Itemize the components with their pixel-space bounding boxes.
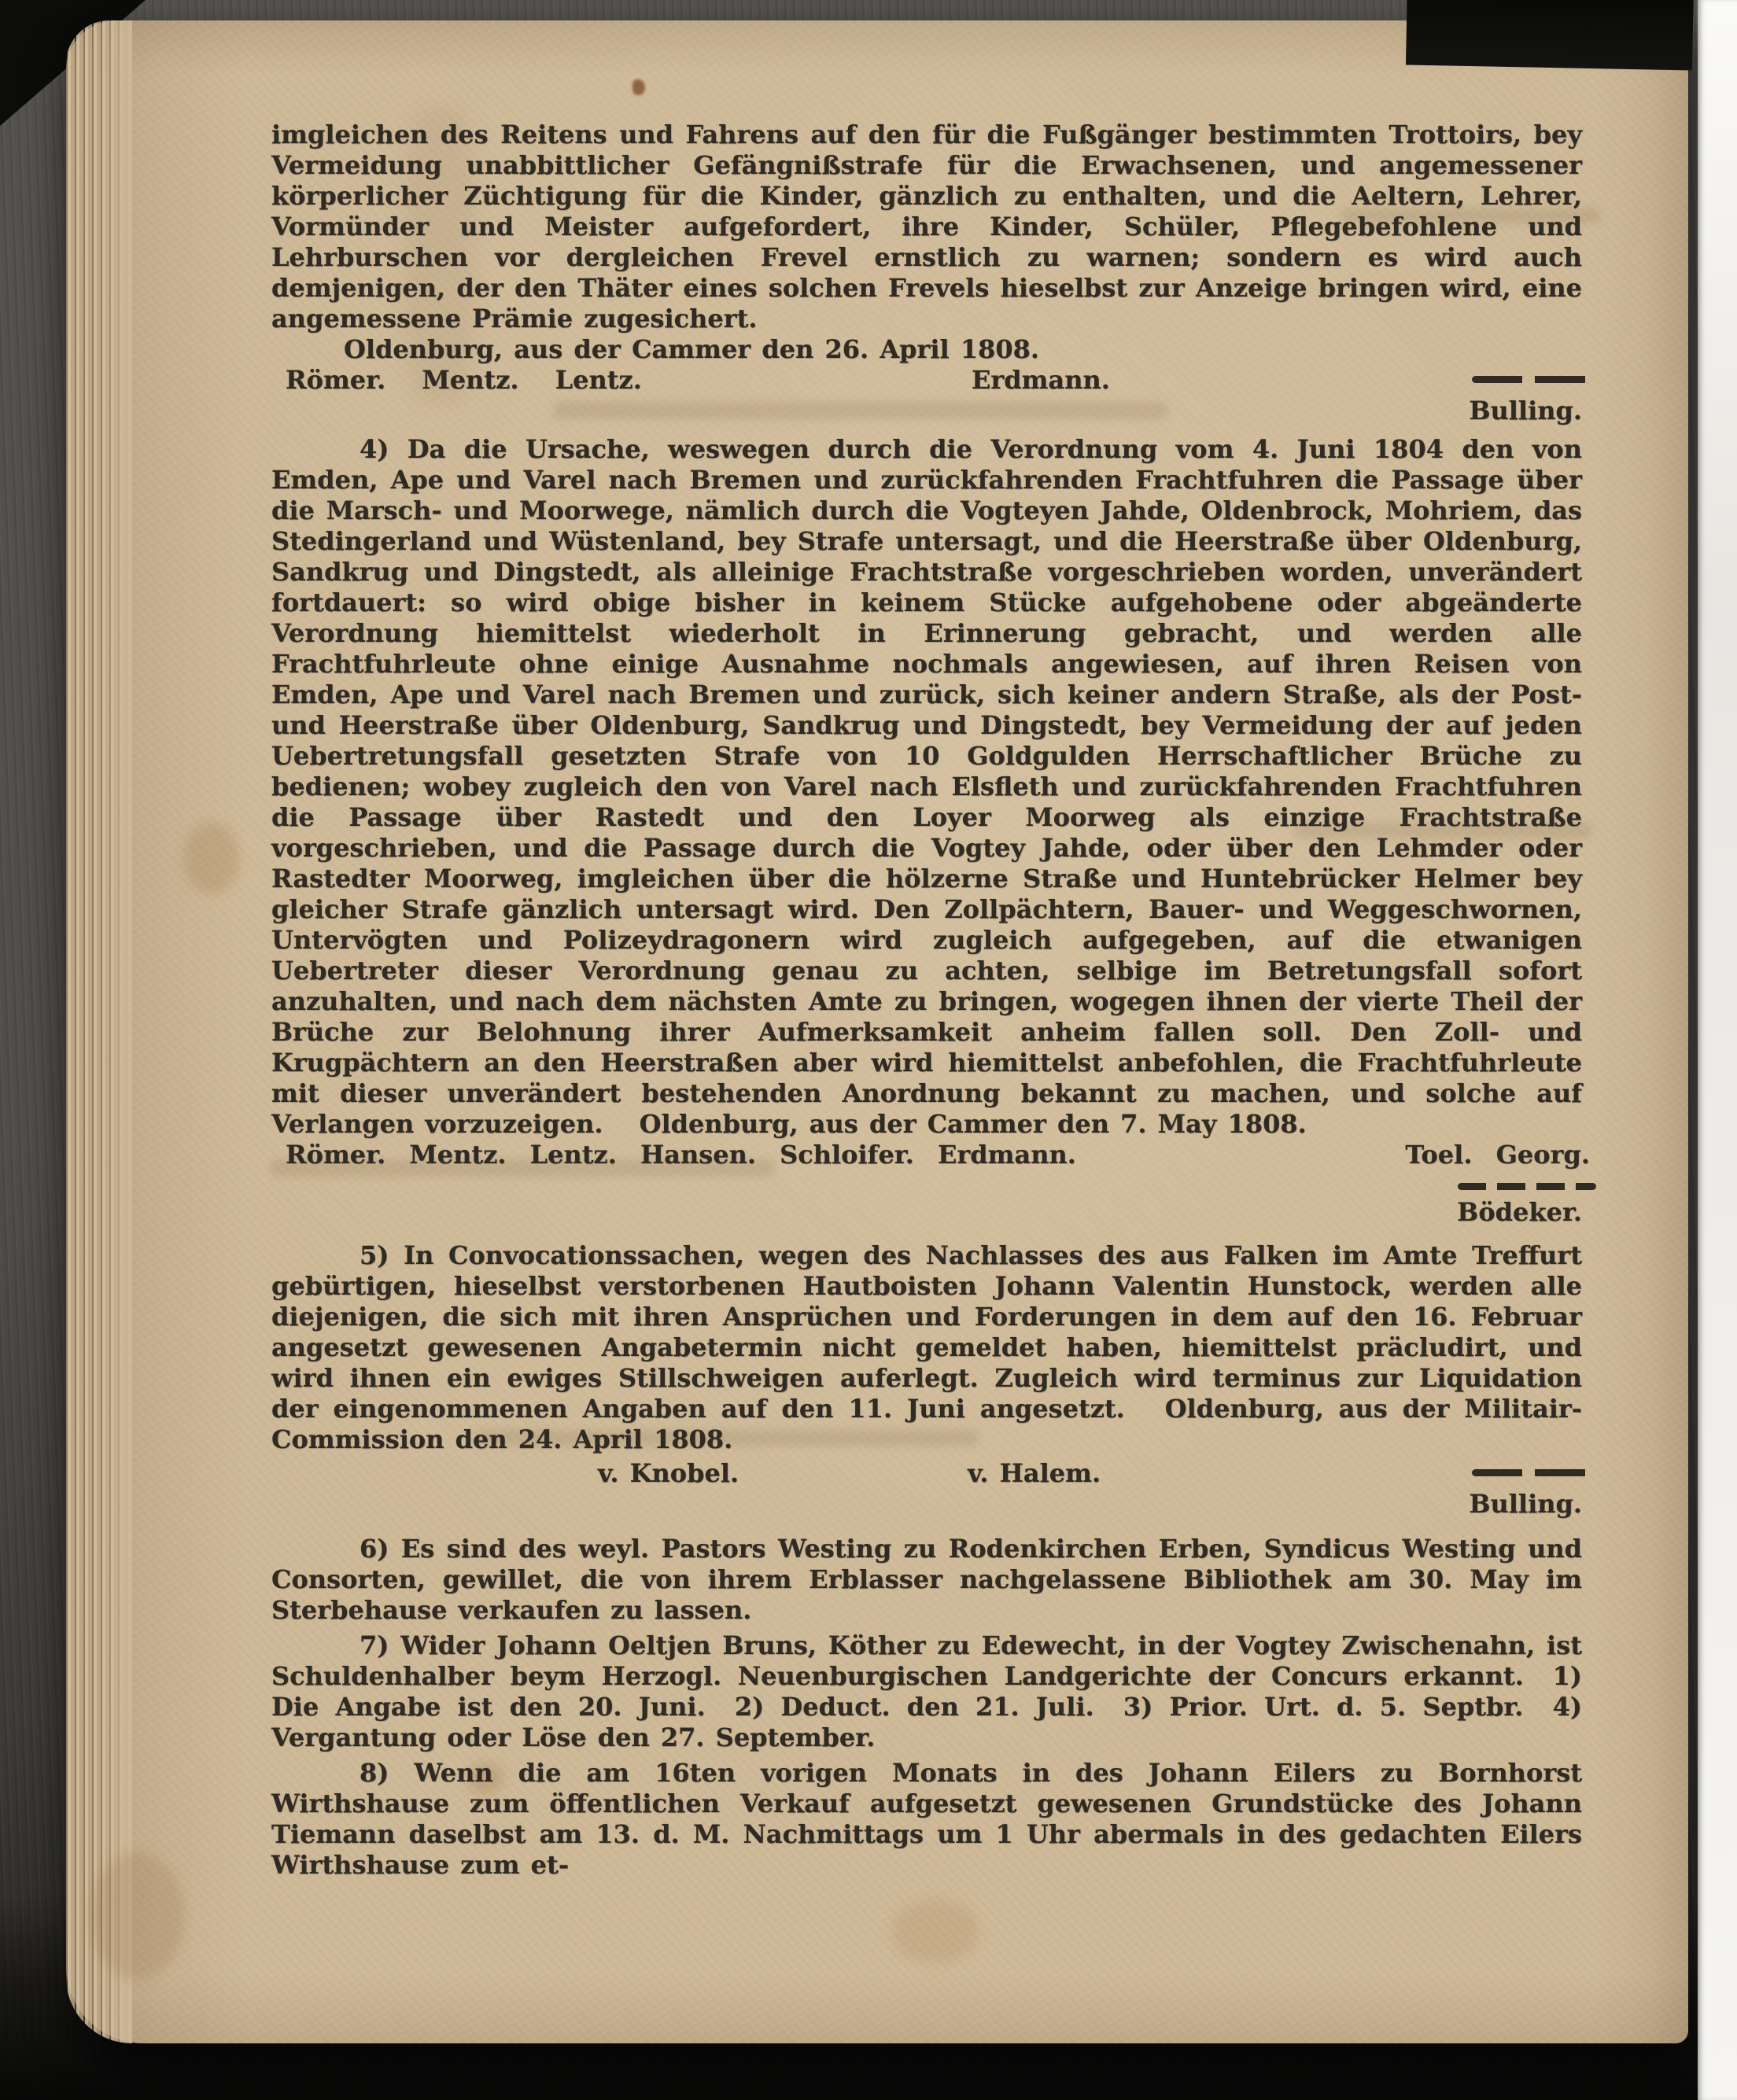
page-edges-left <box>66 20 132 2043</box>
official-name-bodeker: Bödeker. <box>271 1197 1582 1228</box>
paragraph-7: 7) Wider Johann Oeltjen Bruns, Köther zu… <box>271 1630 1582 1753</box>
signature-names-left: Römer. Mentz. Lentz. <box>286 365 642 396</box>
scan-edge-strip-right <box>1698 0 1737 2100</box>
foxing-stain <box>184 823 239 893</box>
signature-row-2: Römer. Mentz. Lentz. Hansen. Schloifer. … <box>271 1140 1582 1170</box>
paragraph-6: 6) Es sind des weyl. Pastors Westing zu … <box>271 1534 1582 1626</box>
rule-row <box>271 1183 1582 1192</box>
signature-name-halem: v. Halem. <box>968 1458 1101 1489</box>
paragraph-8: 8) Wenn die am 16ten vorigen Monats in d… <box>271 1758 1582 1881</box>
foxing-stain <box>90 1853 184 1979</box>
ink-speck <box>632 79 645 95</box>
black-strip-top-right <box>1406 0 1694 70</box>
printers-dash-rule <box>1472 1469 1596 1476</box>
scanned-book-photo: imgleichen des Reitens und Fahrens auf d… <box>0 0 1737 2100</box>
paragraph-5: 5) In Convocationssachen, wegen des Nach… <box>271 1240 1582 1455</box>
book-page: imgleichen des Reitens und Fahrens auf d… <box>66 20 1688 2043</box>
official-name-bulling: Bulling. <box>271 1489 1582 1520</box>
signature-names-left: Römer. Mentz. Lentz. Hansen. Schloifer. … <box>286 1140 1076 1170</box>
printers-dash-rule <box>1472 376 1596 383</box>
signature-name-erdmann: Erdmann. <box>972 365 1110 396</box>
printers-dash-rule <box>1458 1183 1596 1190</box>
signature-name-knobel: v. Knobel. <box>598 1458 739 1489</box>
foxing-stain <box>892 1900 979 1963</box>
signature-names-right: Toel. Georg. <box>1405 1140 1590 1170</box>
official-name-bulling: Bulling. <box>271 396 1582 426</box>
signature-row-3: v. Knobel. v. Halem. <box>271 1458 1582 1489</box>
dateline-cammer-26-april: Oldenburg, aus der Cammer den 26. April … <box>271 334 1582 365</box>
page-text: imgleichen des Reitens und Fahrens auf d… <box>271 120 1582 1881</box>
paragraph-continuation: imgleichen des Reitens und Fahrens auf d… <box>271 120 1582 334</box>
paragraph-4: 4) Da die Ursache, weswegen durch die Ve… <box>271 434 1582 1140</box>
signature-row-1: Römer. Mentz. Lentz. Erdmann. <box>271 365 1582 396</box>
